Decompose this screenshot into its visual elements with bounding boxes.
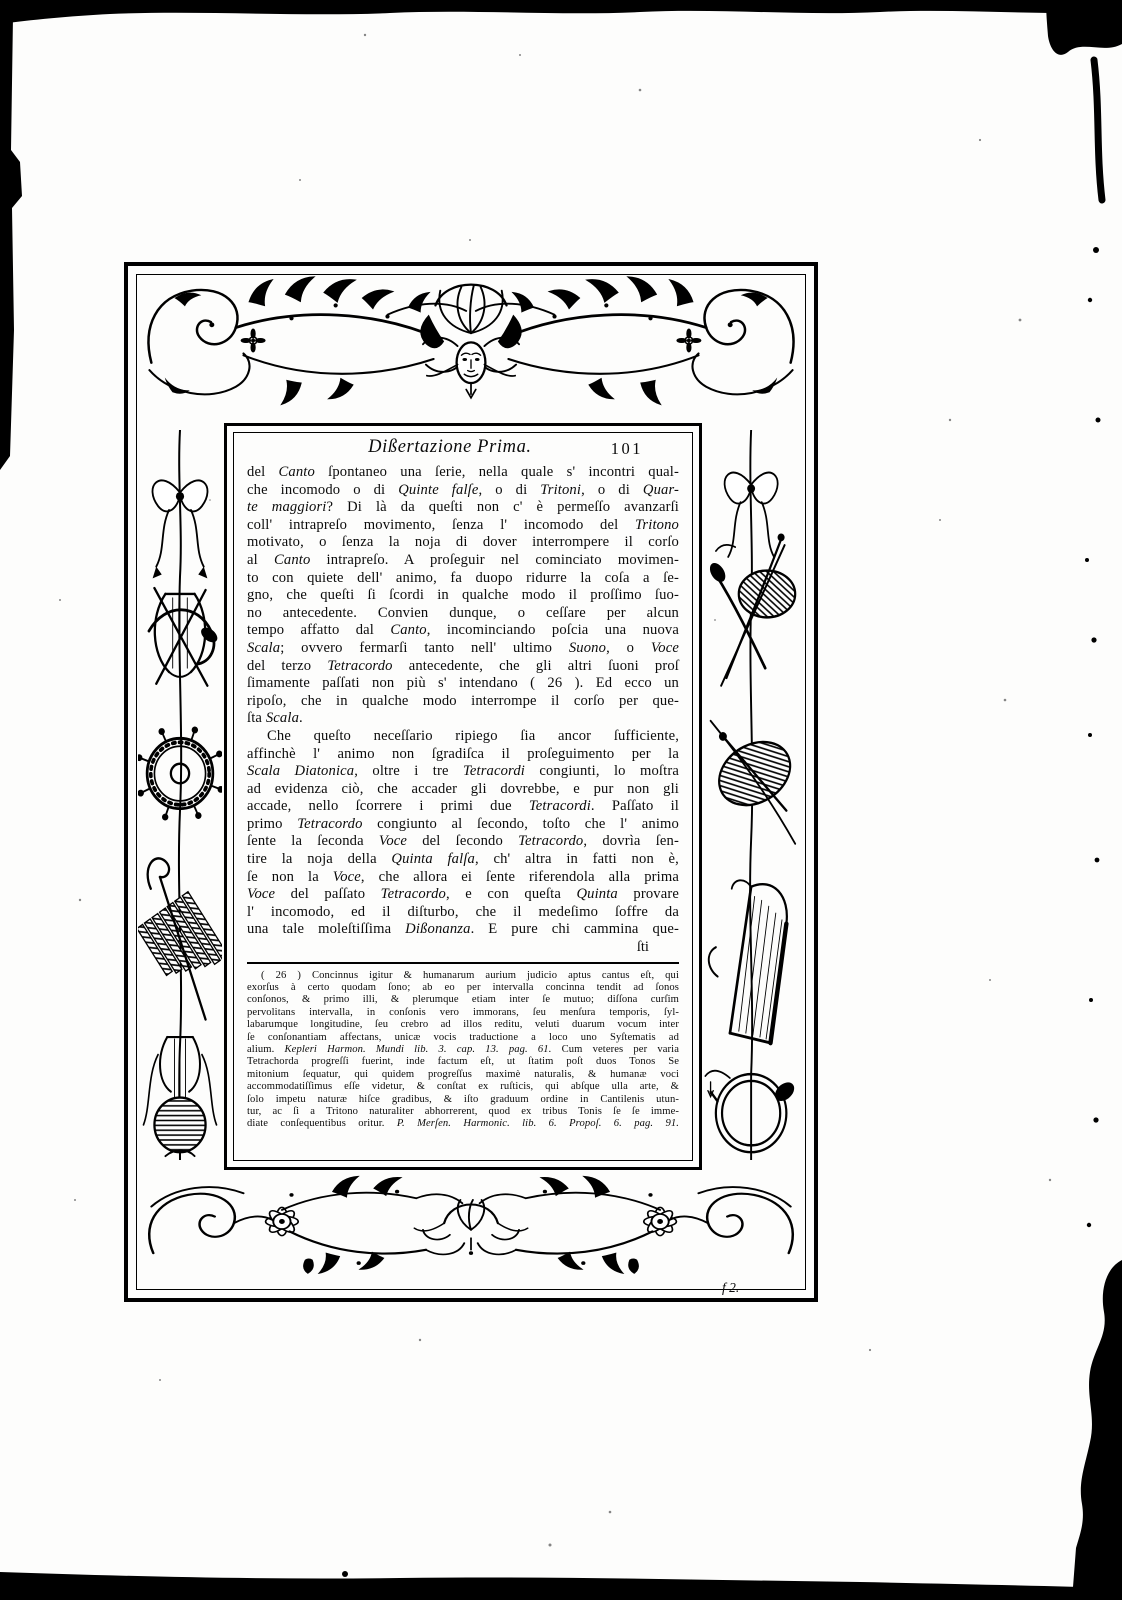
text-line: l' incomodo, ed il diſturbo, che il mede… <box>247 904 679 922</box>
footnote-separator-rule <box>247 962 679 964</box>
text-line: ſe conſonantiam affectans, unicæ vocis t… <box>247 1032 679 1044</box>
page-header: Dißertazione Prima. 101 <box>247 437 679 464</box>
text-line: Che queſto neceſſario ripiego ſia ancor … <box>247 728 679 746</box>
text-line: una tale moleſtiſſima Dißonanza. E pure … <box>247 921 679 939</box>
ornament-top-engraving <box>136 274 806 420</box>
text-line: coll' intrapreſo movimento, ſenza l' inc… <box>247 517 679 535</box>
text-line: accommodatiſſimus eſſe videtur, & conſta… <box>247 1081 679 1093</box>
text-line: al Canto intrapreſo. A proſeguir nel com… <box>247 552 679 570</box>
text-line: primo Tetracordo congiunto al ſecondo, t… <box>247 816 679 834</box>
footnote-text: ( 26 ) Concinnus igitur & humanarum auri… <box>247 970 679 1131</box>
text-line: Scala Diatonica, oltre i tre Tetracordi … <box>247 763 679 781</box>
ornament-bottom-engraving <box>136 1170 806 1288</box>
text-line: ( 26 ) Concinnus igitur & humanarum auri… <box>247 970 679 982</box>
scanned-book-page: Dißertazione Prima. 101 del Canto ſponta… <box>0 0 1122 1600</box>
text-line: del terzo Tetracordo antecedente, che gl… <box>247 658 679 676</box>
text-line: pervolitans intervalla, in conſonis vero… <box>247 1007 679 1019</box>
text-line: Voce del paſſato Tetracordo, e con queſt… <box>247 886 679 904</box>
text-line: ſolo impetu naturæ hiſce gradibus, & iſt… <box>247 1094 679 1106</box>
text-line: tur, ac ſi a Tritono naturaliter abhorre… <box>247 1106 679 1118</box>
text-line: motivato, o ſenza la noja di dover inter… <box>247 534 679 552</box>
text-line: accade, nello ſcorrere i primi due Tetra… <box>247 798 679 816</box>
text-line: del Canto ſpontaneo una ſerie, nella qua… <box>247 464 679 482</box>
signature-mark: f 2. <box>722 1280 739 1296</box>
page-number: 101 <box>611 439 643 459</box>
text-line: tempo affatto dal Canto, incominciando p… <box>247 622 679 640</box>
text-line: affinchè l' animo non ſgradiſca il proſe… <box>247 746 679 764</box>
text-line: che incomodo o di Quinte falſe, o di Tri… <box>247 482 679 500</box>
text-line: gno, che queſti ſi ſcordi in qualche mod… <box>247 587 679 605</box>
text-line: te maggiori? Di là da queſti non c' è pe… <box>247 499 679 517</box>
text-line: no antecedente. Convien dunque, o ceſſar… <box>247 605 679 623</box>
text-line: exorſus à certo quodam ſono; ab eo per i… <box>247 982 679 994</box>
text-line: ſta Scala. <box>247 710 679 728</box>
text-line: labarumque longitudine, ſeu crebro ad il… <box>247 1019 679 1031</box>
running-title: Dißertazione Prima. <box>368 437 532 458</box>
body-text: del Canto ſpontaneo una ſerie, nella qua… <box>247 464 679 939</box>
text-line: ripoſo, che in qualche modo interrompe i… <box>247 693 679 711</box>
mask-face-engraving <box>420 285 521 398</box>
text-line: ſimamente paſſati non più s' intendano (… <box>247 675 679 693</box>
text-line: diate conſequentibus oritur. P. Merſen. … <box>247 1118 679 1130</box>
text-line: ad evidenza ciò, che accader gli dovrebb… <box>247 781 679 799</box>
text-line: ſe non la Voce, che allora ei ſente rife… <box>247 869 679 887</box>
catchword: ſti <box>247 939 679 957</box>
text-line: to con quiete dell' animo, fa duopo ridu… <box>247 570 679 588</box>
text-line: tire la noja della Quinta falſa, ch' alt… <box>247 851 679 869</box>
text-line: mitonium ſequatur, qui quidem progreſſus… <box>247 1069 679 1081</box>
ornament-left-instrument-trophy <box>138 430 222 1160</box>
text-line: Scala; ovvero fermarſi tanto nell' ultim… <box>247 640 679 658</box>
text-line: Tetrachorda progreſſi fuerint, inde fact… <box>247 1056 679 1068</box>
text-line: ſente la ſeconda Voce del ſecondo Tetrac… <box>247 833 679 851</box>
ornament-right-instrument-trophy <box>700 430 804 1160</box>
text-column: Dißertazione Prima. 101 del Canto ſponta… <box>247 437 679 1131</box>
text-line: alium. Kepleri Harmon. Mundi lib. 3. cap… <box>247 1044 679 1056</box>
text-line: conſonos, & primo illi, & plerumque etia… <box>247 994 679 1006</box>
